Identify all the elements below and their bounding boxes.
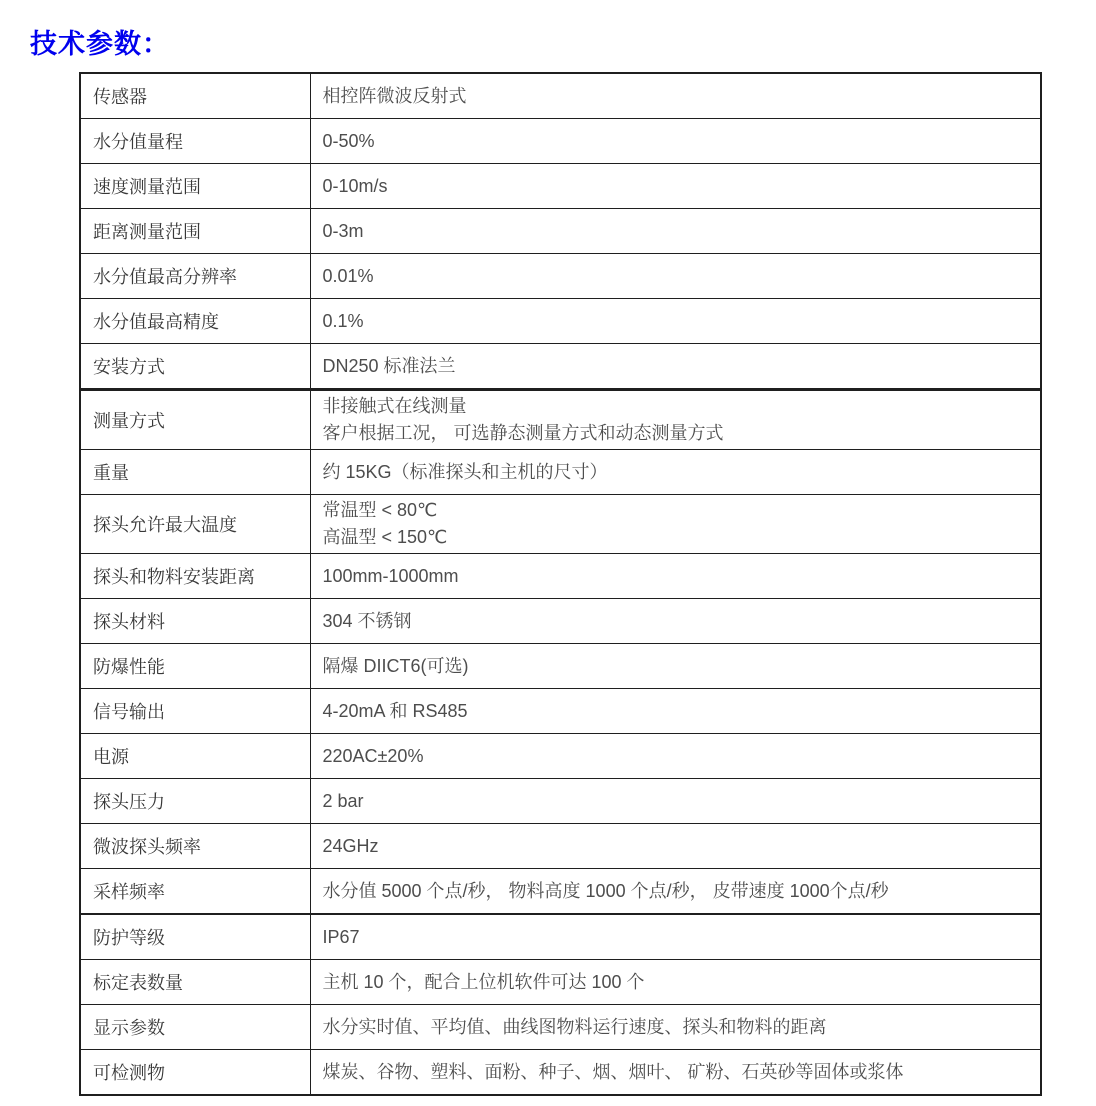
spec-label: 信号输出 <box>80 689 310 734</box>
spec-label: 重量 <box>80 450 310 495</box>
spec-value: 0.01% <box>310 254 1041 299</box>
spec-table: 传感器相控阵微波反射式水分值量程0-50%速度测量范围0-10m/s距离测量范围… <box>79 72 1042 1096</box>
spec-value: 100mm-1000mm <box>310 554 1041 599</box>
spec-label: 探头压力 <box>80 779 310 824</box>
table-row: 重量约 15KG（标准探头和主机的尺寸） <box>80 450 1041 495</box>
table-row: 水分值量程0-50% <box>80 119 1041 164</box>
spec-label: 安装方式 <box>80 344 310 390</box>
table-row: 速度测量范围0-10m/s <box>80 164 1041 209</box>
spec-value: 水分实时值、平均值、曲线图物料运行速度、探头和物料的距离 <box>310 1005 1041 1050</box>
table-row: 可检测物煤炭、谷物、塑料、面粉、种子、烟、烟叶、 矿粉、石英砂等固体或浆体 <box>80 1050 1041 1096</box>
spec-label: 显示参数 <box>80 1005 310 1050</box>
table-row: 电源220AC±20% <box>80 734 1041 779</box>
table-row: 微波探头频率24GHz <box>80 824 1041 869</box>
spec-label: 探头和物料安装距离 <box>80 554 310 599</box>
table-row: 测量方式非接触式在线测量客户根据工况， 可选静态测量方式和动态测量方式 <box>80 390 1041 450</box>
spec-value: 0.1% <box>310 299 1041 344</box>
spec-label: 探头允许最大温度 <box>80 495 310 554</box>
spec-value: IP67 <box>310 914 1041 960</box>
spec-value: 常温型 < 80℃高温型 < 150℃ <box>310 495 1041 554</box>
spec-label: 距离测量范围 <box>80 209 310 254</box>
spec-value: 煤炭、谷物、塑料、面粉、种子、烟、烟叶、 矿粉、石英砂等固体或浆体 <box>310 1050 1041 1096</box>
spec-label: 速度测量范围 <box>80 164 310 209</box>
spec-label: 电源 <box>80 734 310 779</box>
table-row: 探头材料304 不锈钢 <box>80 599 1041 644</box>
spec-value: 4-20mA 和 RS485 <box>310 689 1041 734</box>
spec-label: 传感器 <box>80 73 310 119</box>
spec-value: DN250 标准法兰 <box>310 344 1041 390</box>
spec-value: 0-10m/s <box>310 164 1041 209</box>
spec-label: 标定表数量 <box>80 960 310 1005</box>
spec-label: 可检测物 <box>80 1050 310 1096</box>
table-row: 探头压力2 bar <box>80 779 1041 824</box>
spec-label: 水分值量程 <box>80 119 310 164</box>
spec-value: 0-3m <box>310 209 1041 254</box>
table-row: 探头和物料安装距离100mm-1000mm <box>80 554 1041 599</box>
spec-value: 304 不锈钢 <box>310 599 1041 644</box>
spec-value: 约 15KG（标准探头和主机的尺寸） <box>310 450 1041 495</box>
spec-label: 防护等级 <box>80 914 310 960</box>
spec-value: 0-50% <box>310 119 1041 164</box>
spec-label: 探头材料 <box>80 599 310 644</box>
spec-value: 24GHz <box>310 824 1041 869</box>
spec-value: 水分值 5000 个点/秒， 物料高度 1000 个点/秒， 皮带速度 1000… <box>310 869 1041 915</box>
spec-table-body: 传感器相控阵微波反射式水分值量程0-50%速度测量范围0-10m/s距离测量范围… <box>80 73 1041 1095</box>
table-row: 标定表数量主机 10 个，配合上位机软件可达 100 个 <box>80 960 1041 1005</box>
table-row: 传感器相控阵微波反射式 <box>80 73 1041 119</box>
table-row: 防爆性能隔爆 DIICT6(可选) <box>80 644 1041 689</box>
spec-label: 水分值最高分辨率 <box>80 254 310 299</box>
table-row: 防护等级IP67 <box>80 914 1041 960</box>
page: 技术参数： 传感器相控阵微波反射式水分值量程0-50%速度测量范围0-10m/s… <box>0 0 1096 1106</box>
spec-value: 主机 10 个，配合上位机软件可达 100 个 <box>310 960 1041 1005</box>
table-row: 水分值最高分辨率0.01% <box>80 254 1041 299</box>
table-row: 采样频率水分值 5000 个点/秒， 物料高度 1000 个点/秒， 皮带速度 … <box>80 869 1041 915</box>
spec-value: 非接触式在线测量客户根据工况， 可选静态测量方式和动态测量方式 <box>310 390 1041 450</box>
spec-value: 隔爆 DIICT6(可选) <box>310 644 1041 689</box>
spec-value: 220AC±20% <box>310 734 1041 779</box>
table-row: 探头允许最大温度常温型 < 80℃高温型 < 150℃ <box>80 495 1041 554</box>
table-row: 信号输出4-20mA 和 RS485 <box>80 689 1041 734</box>
table-row: 距离测量范围0-3m <box>80 209 1041 254</box>
table-row: 显示参数水分实时值、平均值、曲线图物料运行速度、探头和物料的距离 <box>80 1005 1041 1050</box>
table-row: 安装方式DN250 标准法兰 <box>80 344 1041 390</box>
spec-label: 防爆性能 <box>80 644 310 689</box>
spec-label: 测量方式 <box>80 390 310 450</box>
spec-value: 相控阵微波反射式 <box>310 73 1041 119</box>
spec-label: 水分值最高精度 <box>80 299 310 344</box>
spec-value: 2 bar <box>310 779 1041 824</box>
table-row: 水分值最高精度0.1% <box>80 299 1041 344</box>
spec-label: 微波探头频率 <box>80 824 310 869</box>
spec-label: 采样频率 <box>80 869 310 915</box>
page-title: 技术参数： <box>30 22 170 61</box>
